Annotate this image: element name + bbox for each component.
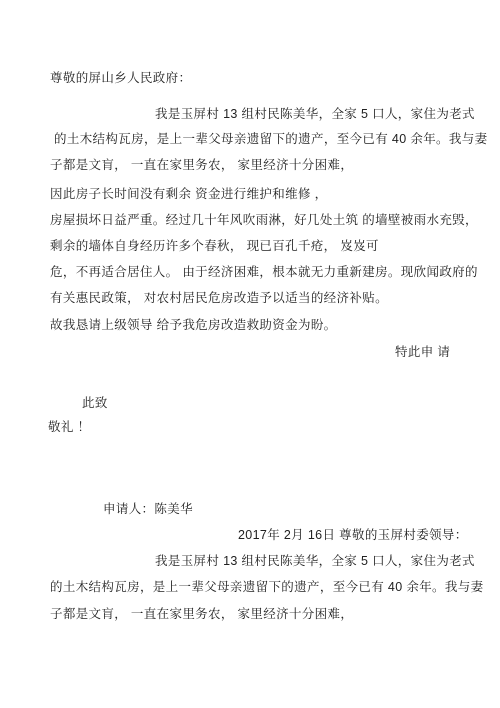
- repeat-body-line-1: 我是玉屏村 13 组村民陈美华，全家 5 口人，家住为老式: [155, 553, 475, 569]
- body-line-6: 剩余的墙体自身经历许多个春秋， 现已百孔千疮， 岌岌可: [50, 238, 379, 254]
- document-page: 尊敬的屏山乡人民政府： 我是玉屏村 13 组村民陈美华，全家 5 口人，家住为老…: [0, 0, 500, 708]
- body-line-3: 子都是文肓， 一直在家里务农， 家里经济十分困难，: [50, 157, 353, 173]
- repeat-body-line-3: 子都是文肓， 一直在家里务农， 家里经济十分困难，: [50, 606, 353, 622]
- salute-line: 敬礼 ！: [48, 419, 90, 435]
- respectful-closing-line: 此致: [82, 395, 108, 411]
- date-and-second-salutation-line: 2017年 2月 16日 尊敬的玉屏村委领导：: [238, 527, 468, 543]
- body-line-1: 我是玉屏村 13 组村民陈美华，全家 5 口人，家住为老式: [155, 106, 475, 122]
- closing-phrase-line: 特此申 请: [395, 344, 450, 360]
- body-line-7: 危，不再适合居住人。 由于经济困难，根本就无力重新建房。现欣闻政府的: [50, 264, 478, 280]
- repeat-body-line-2: 的土木结构瓦房，是上一辈父母亲遗留下的遗产，至今已有 40 余年。我与妻: [50, 579, 483, 595]
- body-line-9: 故我恳请上级领导 给予我危房改造救助资金为盼。: [50, 317, 337, 333]
- applicant-signature-line: 申请人：陈美华: [103, 501, 193, 517]
- body-line-5: 房屋损坏日益严重。经过几十年风吹雨淋，好几处土筑 的墙壁被雨水充毁，: [50, 212, 478, 228]
- recipient-salutation-line: 尊敬的屏山乡人民政府：: [50, 70, 191, 86]
- body-line-2: 的土木结构瓦房，是上一辈父母亲遗留下的遗产，至今已有 40 余年。我与妻: [54, 131, 487, 147]
- body-line-4: 因此房子长时间没有剩余 资金进行维护和维修 ，: [50, 186, 328, 202]
- body-line-8: 有关惠民政策， 对农村居民危房改造予以适当的经济补贴。: [50, 290, 388, 306]
